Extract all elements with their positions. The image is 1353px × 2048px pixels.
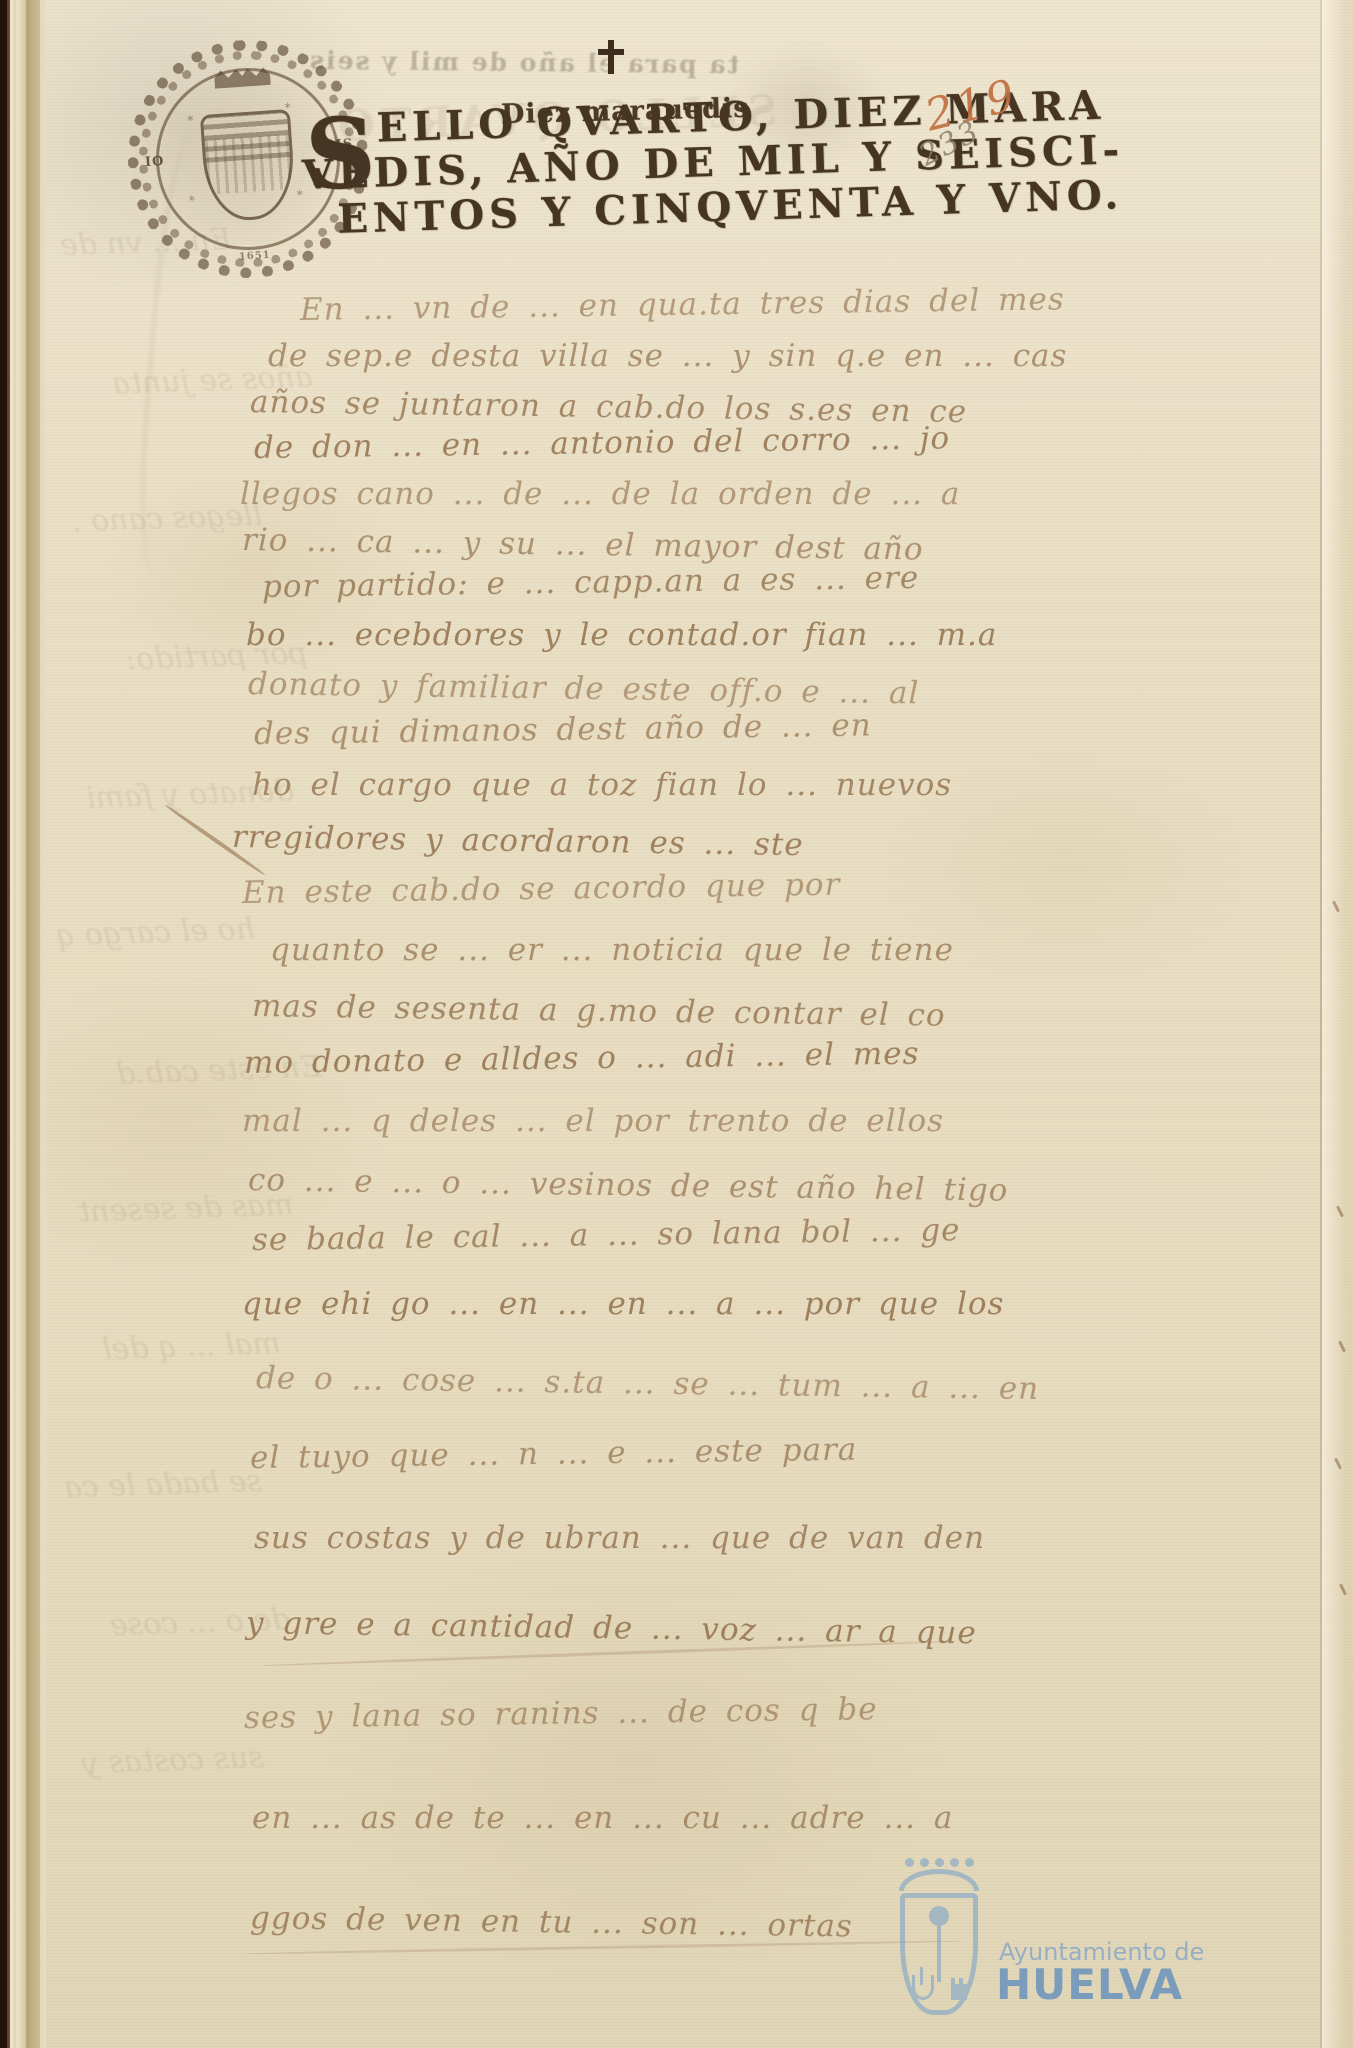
watermark-org-name: Ayuntamiento de bbox=[999, 1938, 1204, 1966]
watermark-city-name: HUELVA bbox=[996, 1964, 1183, 2006]
bleedthrough-fragment: mal ... q del bbox=[101, 1326, 281, 1367]
manuscript-line: de sep.e desta villa se ... y sin q.e en… bbox=[268, 338, 1067, 374]
next-page-ink-mark bbox=[1338, 1340, 1346, 1352]
next-page-ink-mark bbox=[1334, 1457, 1342, 1469]
manuscript-line: sus costas y de ubran ... que de van den bbox=[254, 1520, 985, 1556]
next-page-edge bbox=[1322, 0, 1353, 2048]
next-page-ink-mark bbox=[1339, 1583, 1347, 1595]
manuscript-line: En ... vn de ... en qua.ta tres dias del… bbox=[300, 281, 1065, 328]
seal-year: 1651 bbox=[239, 250, 272, 263]
manuscript-line: ses y lana so ranins ... de cos q be bbox=[244, 1691, 878, 1736]
manuscript-line: bo ... ecebdores y le contad.or fian ...… bbox=[246, 617, 997, 653]
crest-tower-icon bbox=[951, 1978, 967, 2000]
bleedthrough-fragment: ho el cargo q bbox=[55, 912, 255, 954]
maltese-cross-icon bbox=[598, 40, 624, 74]
seal-star-icon: * bbox=[187, 114, 195, 129]
manuscript-line: mal ... q deles ... el por trento de ell… bbox=[242, 1103, 944, 1139]
manuscript-line: ho el cargo que a toz fian lo ... nuevos bbox=[252, 767, 952, 803]
next-page-ink-mark bbox=[1332, 900, 1340, 912]
printed-header: S ELLO QVARTO, DIEZ MARA VEDIS, AÑO DE M… bbox=[298, 86, 1002, 243]
flourish-stroke bbox=[242, 1940, 962, 1956]
crest-shield bbox=[900, 1893, 978, 2015]
manuscript-line: se bada le cal ... a ... so lana bol ...… bbox=[252, 1212, 961, 1258]
manuscript-line: des qui dimanos dest año de ... en bbox=[254, 707, 872, 752]
manuscript-line: co ... e ... o ... vesinos de est año he… bbox=[248, 1162, 1009, 1209]
header-drop-cap: S bbox=[304, 110, 377, 199]
crest-crown-band bbox=[899, 1869, 979, 1891]
manuscript-scan-page: ta para el año de mil y seis SELLO QVART… bbox=[0, 0, 1353, 2048]
crest-crown-dots bbox=[898, 1858, 980, 1867]
manuscript-line: de don ... en ... antonio del corro ... … bbox=[254, 420, 951, 466]
bleedthrough-fragment: sus costas y bbox=[81, 1740, 264, 1781]
manuscript-line: mas de sesenta a g.mo de contar el co bbox=[252, 988, 946, 1034]
crest-tree-icon bbox=[929, 1906, 949, 1926]
manuscript-line: rregidores y acordaron es ... ste bbox=[232, 819, 804, 863]
seal-left-initials: IO bbox=[144, 154, 164, 170]
next-page-ink-mark bbox=[1336, 1205, 1344, 1217]
page-sheet: ta para el año de mil y seis SELLO QVART… bbox=[46, 0, 1353, 2048]
manuscript-line: el tuyo que ... n ... e ... este para bbox=[250, 1432, 858, 1476]
verso-bleedthrough-line: ta para el año de mil y seis bbox=[308, 46, 739, 80]
manuscript-line: de o ... cose ... s.ta ... se ... tum ..… bbox=[256, 1360, 1040, 1407]
manuscript-line: en ... as de te ... en ... cu ... adre .… bbox=[252, 1800, 953, 1836]
manuscript-line: quanto se ... er ... noticia que le tien… bbox=[270, 932, 954, 968]
manuscript-line: que ehi go ... en ... en ... a ... por q… bbox=[242, 1286, 1004, 1322]
crest-anchor-icon bbox=[912, 1975, 934, 2000]
manuscript-line: por partido: e ... capp.an a es ... ere bbox=[262, 560, 920, 605]
manuscript-line: donato y familiar de este off.o e ... al bbox=[248, 666, 920, 711]
seal-star-icon: * bbox=[188, 194, 196, 209]
huelva-crest-watermark bbox=[898, 1858, 980, 2040]
manuscript-line: ggos de ven en tu ... son ... ortas bbox=[250, 1900, 853, 1944]
manuscript-line: mo donato e alldes o ... adi ... el mes bbox=[244, 1036, 920, 1081]
book-binding-edge bbox=[0, 0, 46, 2048]
manuscript-line: En este cab.do se acordo que por bbox=[242, 867, 841, 911]
manuscript-line: llegos cano ... de ... de la orden de ..… bbox=[240, 476, 960, 512]
bleedthrough-fragment: se bada le ca bbox=[63, 1464, 262, 1506]
